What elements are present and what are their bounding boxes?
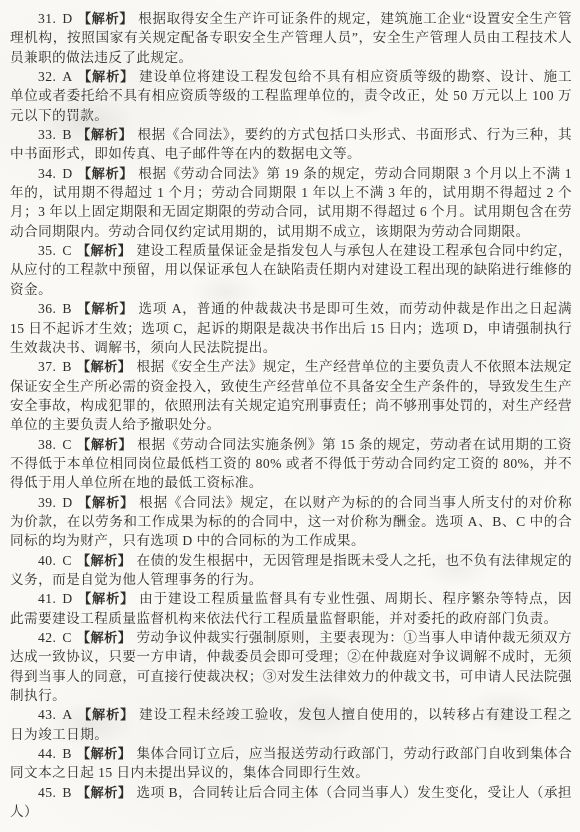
item-answer: A	[62, 69, 72, 84]
item-answer: C	[62, 243, 72, 258]
item-answer: D	[62, 495, 72, 510]
item-answer: D	[62, 166, 72, 181]
answer-item-43: 43.A【解析】建设工程未经竣工验收，发包人擅自使用的，以转移占有建设工程之日为…	[10, 705, 572, 744]
analysis-label: 【解析】	[78, 166, 134, 181]
answer-item-33: 33.B【解析】根据《合同法》，要约的方式包括口头形式、书面形式、行为三种，其中…	[10, 125, 572, 164]
item-answer: B	[62, 127, 72, 142]
item-answer: A	[62, 707, 72, 722]
answer-item-45: 45.B【解析】选项 B，合同转让后合同主体（合同当事人）发生变化，受让人（承担…	[10, 783, 572, 822]
item-number: 33.	[38, 127, 56, 142]
item-number: 36.	[38, 301, 56, 316]
item-number: 34.	[38, 166, 56, 181]
item-answer: B	[62, 359, 72, 374]
analysis-label: 【解析】	[78, 69, 135, 84]
item-number: 42.	[38, 630, 56, 645]
item-number: 43.	[38, 707, 56, 722]
analysis-label: 【解析】	[77, 785, 132, 800]
scanned-document-page: Liv 31.D【解析】根据取得安全生产许可证条件的规定，建筑施工企业“设置安全…	[0, 0, 580, 832]
item-number: 38.	[38, 437, 56, 452]
analysis-label: 【解析】	[77, 301, 134, 316]
analysis-label: 【解析】	[77, 359, 132, 374]
answer-item-42: 42.C【解析】劳动争议仲裁实行强制原则，主要表现为：①当事人申请仲裁无须双方达…	[10, 628, 572, 705]
analysis-label: 【解析】	[77, 630, 132, 645]
item-number: 35.	[38, 243, 56, 258]
answer-item-36: 36.B【解析】选项 A，普通的仲裁裁决书是即可生效，而劳动仲裁是作出之日起满 …	[10, 299, 572, 357]
answer-item-38: 38.C【解析】根据《劳动合同法实施条例》第 15 条的规定，劳动者在试用期的工…	[10, 435, 572, 493]
item-answer: B	[62, 785, 72, 800]
analysis-label: 【解析】	[77, 746, 132, 761]
analysis-label: 【解析】	[78, 591, 135, 606]
analysis-label: 【解析】	[77, 553, 132, 568]
item-number: 45.	[38, 785, 56, 800]
analysis-label: 【解析】	[78, 707, 135, 722]
item-number: 39.	[38, 495, 56, 510]
answer-item-41: 41.D【解析】由于建设工程质量监督具有专业性强、周期长、程序繁杂等特点，因此需…	[10, 589, 572, 628]
item-number: 31.	[38, 11, 56, 26]
analysis-label: 【解析】	[77, 437, 132, 452]
item-answer: D	[62, 11, 72, 26]
item-number: 40.	[38, 553, 56, 568]
item-answer: D	[62, 591, 72, 606]
item-answer: B	[62, 301, 72, 316]
item-answer: C	[62, 630, 72, 645]
analysis-label: 【解析】	[78, 495, 135, 510]
answer-item-44: 44.B【解析】集体合同订立后，应当报送劳动行政部门，劳动行政部门自收到集体合同…	[10, 744, 572, 783]
answer-item-32: 32.A【解析】建设单位将建设工程发包给不具有相应资质等级的勘察、设计、施工单位…	[10, 67, 572, 125]
item-answer: B	[62, 746, 72, 761]
answer-explanations: 31.D【解析】根据取得安全生产许可证条件的规定，建筑施工企业“设置安全生产管理…	[10, 9, 572, 821]
analysis-label: 【解析】	[77, 243, 132, 258]
answer-item-39: 39.D【解析】根据《合同法》规定，在以财产为标的的合同当事人所支付的对价称为价…	[10, 493, 572, 551]
item-number: 32.	[38, 69, 56, 84]
answer-item-40: 40.C【解析】在债的发生根据中，无因管理是指既未受人之托，也不负有法律规定的义…	[10, 551, 572, 590]
answer-item-34: 34.D【解析】根据《劳动合同法》第 19 条的规定，劳动合同期限 3 个月以上…	[10, 164, 572, 241]
answer-item-37: 37.B【解析】根据《安全生产法》规定，生产经营单位的主要负责人不依照本法规定保…	[10, 357, 572, 434]
analysis-label: 【解析】	[77, 127, 133, 142]
answer-item-31: 31.D【解析】根据取得安全生产许可证条件的规定，建筑施工企业“设置安全生产管理…	[10, 9, 572, 67]
item-number: 44.	[38, 746, 56, 761]
item-answer: C	[62, 437, 72, 452]
answer-item-35: 35.C【解析】建设工程质量保证金是指发包人与承包人在建设工程承包合同中约定，从…	[10, 241, 572, 299]
item-answer: C	[62, 553, 72, 568]
analysis-label: 【解析】	[78, 11, 134, 26]
item-number: 37.	[38, 359, 56, 374]
item-number: 41.	[38, 591, 56, 606]
